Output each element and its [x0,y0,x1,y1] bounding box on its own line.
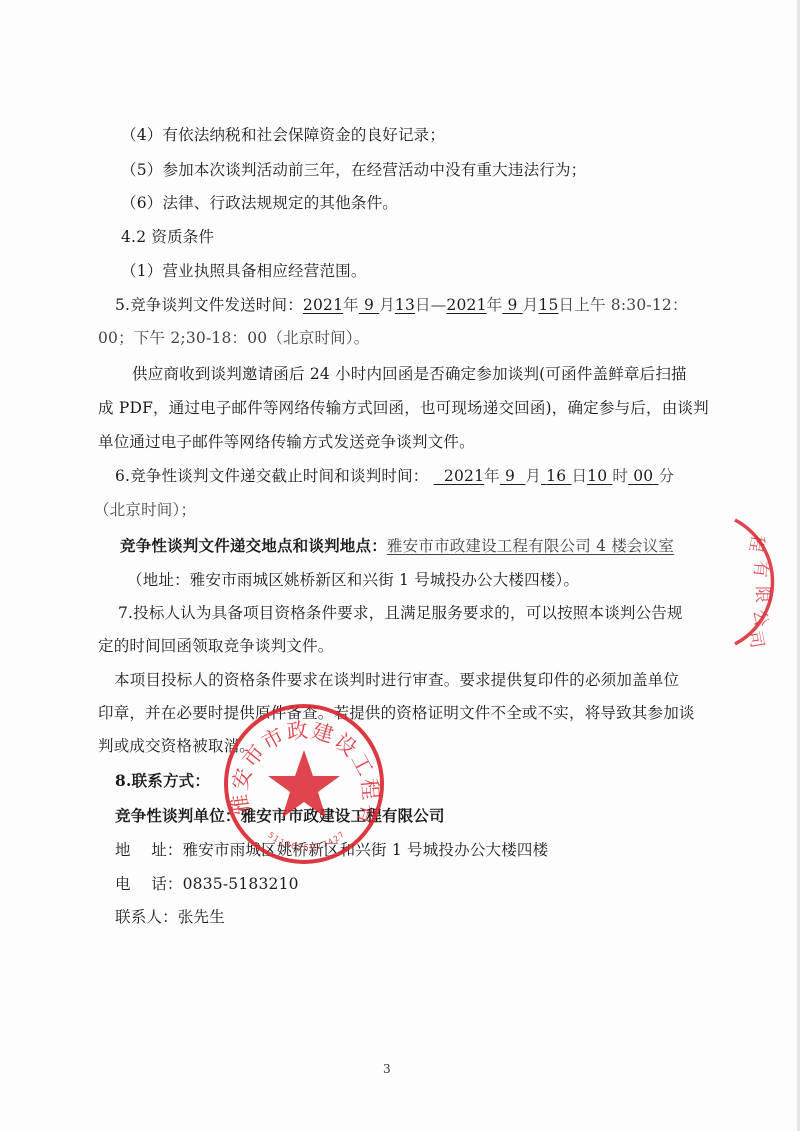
svg-text:程: 程 [745,533,768,553]
svg-text:司: 司 [744,630,767,650]
svg-text:有: 有 [749,560,770,579]
hour-unit: 时 [612,467,628,485]
section-7-para-line-2: 印章，并在必要时提供原件备查。若提供的资格证明文件不全或不实，将导致其参加谈 [98,703,695,723]
location-label: 竞争性谈判文件递交地点和谈判地点： [120,536,387,555]
send-end-day: 15 [538,296,558,314]
deadline-minute: 00 [628,467,658,485]
send-end-year: 2021 [446,296,486,314]
deadline-hour: 10 [587,467,612,485]
unit-label: 竞争性谈判单位： [115,806,241,825]
section-6-line-1: 6.竞争性谈判文件递交截止时间和谈判时间： 2021年 9 月 16 日10 时… [115,466,674,486]
year-unit: 年 [343,296,359,314]
requirement-item-5: （5）参加本次谈判活动前三年，在经营活动中没有重大违法行为； [121,160,586,180]
section-7-para-line-3: 判或成交资格被取消。 [98,736,255,756]
send-start-year: 2021 [303,296,343,314]
section-5-para-line-1: 供应商收到谈判邀请函后 24 小时内回函是否确定参加谈判(可函件盖鲜章后扫描 [132,364,687,384]
month-unit: 月 [525,467,541,485]
send-time-morning: 日上午 8:30-12： [559,296,688,314]
location-address: （地址：雅安市雨城区姚桥新区和兴街 1 号城投办公大楼四楼）。 [127,570,579,590]
month-unit: 月 [379,296,395,314]
day-unit: 日— [415,296,446,314]
svg-text:限: 限 [752,586,772,603]
contact-person: 联系人：张先生 [115,907,225,927]
requirement-item-4: （4）有依法纳税和社会保障资金的良好记录； [121,125,445,145]
section-5-line-1: 5.竞争谈判文件发送时间：2021年 9 月13日—2021年 9 月15日上午… [115,295,688,315]
contact-label: 联系人： [115,908,178,926]
send-start-day: 13 [395,296,415,314]
contact-value: 张先生 [178,908,225,926]
day-unit: 日 [571,467,587,485]
month-unit: 月 [523,296,539,314]
section-4-2-heading: 4.2 资质条件 [121,227,214,247]
unit-value: 雅安市市政建设工程有限公司 [241,806,445,825]
send-start-month: 9 [359,296,379,314]
section-5-line-2: 00；下午 2;30-18：00（北京时间）。 [98,328,370,348]
requirement-item-6: （6）法律、行政法规规定的其他条件。 [121,193,398,213]
section-7-para-line-1: 本项目投标人的资格条件要求在谈判时进行审查。要求提供复印件的必须加盖单位 [114,670,679,690]
address-label: 地 址： [115,841,183,859]
submission-location: 竞争性谈判文件递交地点和谈判地点：雅安市市政建设工程有限公司 4 楼会议室 [120,536,674,556]
year-unit: 年 [487,296,503,314]
section-8-heading: 8.联系方式： [115,771,210,791]
svg-text:公: 公 [749,609,770,628]
send-end-month: 9 [502,296,522,314]
address-value: 雅安市雨城区姚桥新区和兴街 1 号城投办公大楼四楼 [183,841,549,859]
document-page: （4）有依法纳税和社会保障资金的良好记录； （5）参加本次谈判活动前三年，在经营… [0,0,800,1131]
partial-seal-icon: 程 有 限 公 司 [725,512,800,652]
section-5-para-line-3: 单位通过电子邮件等网络传输方式发送竞争谈判文件。 [98,432,475,452]
deadline-day: 16 [541,467,571,485]
contact-unit: 竞争性谈判单位：雅安市市政建设工程有限公司 [115,806,445,826]
section-6-label: 6.竞争性谈判文件递交截止时间和谈判时间： [115,467,429,485]
section-7-line-2: 定的时间回函领取竞争谈判文件。 [98,636,334,656]
phone-value: 0835-5183210 [183,875,299,893]
year-unit: 年 [484,467,500,485]
phone-label: 电 话： [115,875,183,893]
section-5-para-line-2: 成 PDF，通过电子邮件等网络传输方式回函，也可现场递交回函)，确定参与后，由谈… [98,398,709,418]
location-value: 雅安市市政建设工程有限公司 4 楼会议室 [387,537,674,555]
contact-phone: 电 话：0835-5183210 [115,874,299,894]
page-number: 3 [383,1062,391,1076]
section-6-line-2: （北京时间）； [94,500,196,520]
deadline-year: 2021 [434,467,485,485]
section-7-line-1: 7.投标人认为具备项目资格条件要求，且满足服务要求的，可以按照本谈判公告规 [118,603,683,623]
contact-address: 地 址：雅安市雨城区姚桥新区和兴街 1 号城投办公大楼四楼 [115,840,548,860]
section-5-label: 5.竞争谈判文件发送时间： [115,296,303,314]
section-4-2-item-1: （1）营业执照具备相应经营范围。 [121,261,367,281]
deadline-month: 9 [500,467,525,485]
minute-unit: 分 [659,467,675,485]
